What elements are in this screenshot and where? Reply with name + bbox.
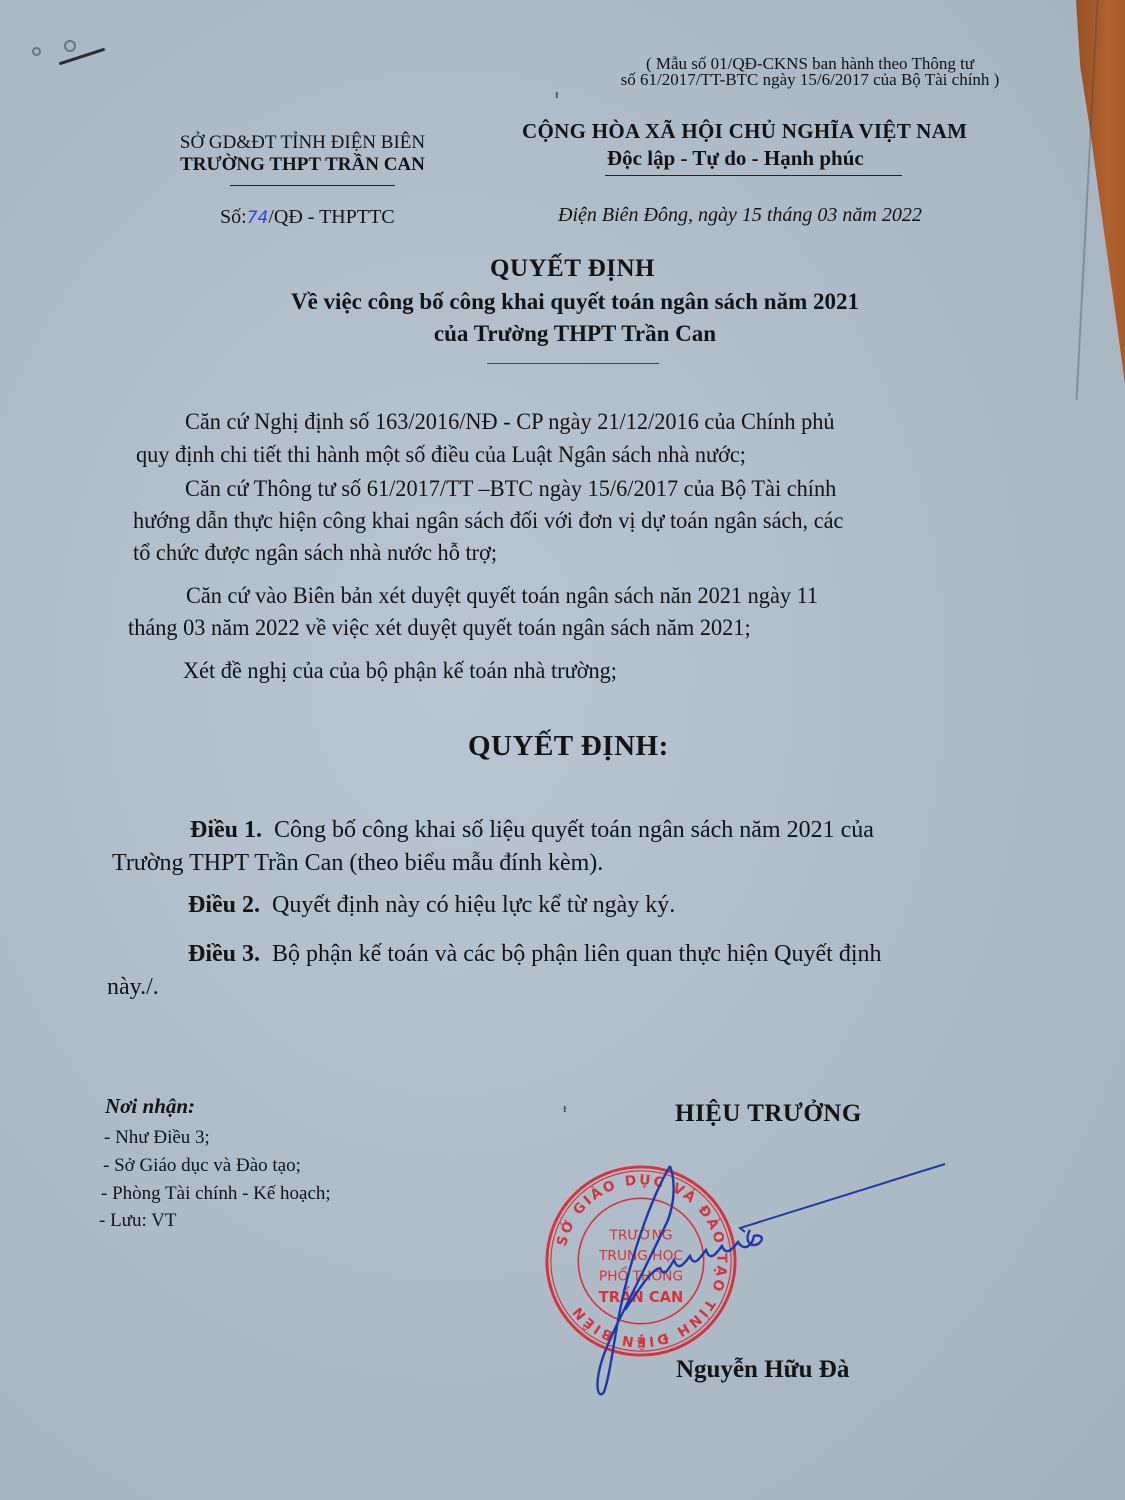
number-prefix: Số: xyxy=(220,206,247,228)
issuer-department: SỞ GD&ĐT TỈNH ĐIỆN BIÊN xyxy=(155,131,450,155)
article-3-label: Điều 3. xyxy=(188,941,260,967)
pen-tick-mark: ᵻ xyxy=(555,86,559,102)
preamble-3-line1: Căn cứ vào Biên bản xét duyệt quyết toán… xyxy=(186,580,818,612)
preamble-2-line3: tổ chức được ngân sách nhà nước hỗ trợ; xyxy=(133,537,497,569)
recipient-item: - Lưu: VT xyxy=(99,1207,177,1234)
recipient-item: - Phòng Tài chính - Kế hoạch; xyxy=(101,1180,331,1207)
article-3-text: Bộ phận kế toán và các bộ phận liên quan… xyxy=(272,941,882,967)
article-3-line2: này./. xyxy=(107,970,159,1004)
signer-name: Nguyễn Hữu Đà xyxy=(676,1356,849,1384)
number-handwritten: 74 xyxy=(247,208,269,228)
preamble-4-line1: Xét đề nghị của của bộ phận kế toán nhà … xyxy=(183,655,617,687)
signature-title: HIỆU TRƯỞNG xyxy=(675,1100,862,1128)
preamble-3-line2: tháng 03 năm 2022 về việc xét duyệt quyế… xyxy=(128,612,751,644)
title-underline xyxy=(487,363,659,364)
preamble-2-line2: hướng dẫn thực hiện công khai ngân sách … xyxy=(133,505,843,537)
article-1-line2: Trường THPT Trần Can (theo biểu mẫu đính… xyxy=(112,846,603,880)
recipient-item: - Như Điều 3; xyxy=(104,1124,210,1151)
recipient-item: - Sở Giáo dục và Đào tạo; xyxy=(103,1152,301,1179)
article-1-line1: Điều 1. Công bố công khai số liệu quyết … xyxy=(190,813,874,847)
nation-motto: Độc lập - Tự do - Hạnh phúc xyxy=(607,146,864,171)
document-subtitle-1: Về việc công bố công khai quyết toán ngâ… xyxy=(0,286,1125,318)
preamble-1-line2: quy định chi tiết thi hành một số điều c… xyxy=(136,439,746,471)
nation-name: CỘNG HÒA XÃ HỘI CHỦ NGHĨA VIỆT NAM xyxy=(522,118,967,145)
article-3-line1: Điều 3. Bộ phận kế toán và các bộ phận l… xyxy=(188,937,882,971)
article-2-text: Quyết định này có hiệu lực kể từ ngày ký… xyxy=(272,892,675,918)
document-subtitle-2: của Trường THPT Trần Can xyxy=(0,318,1125,350)
document-title: QUYẾT ĐỊNH xyxy=(0,255,1125,283)
issuer-underline xyxy=(230,185,395,186)
document-number: Số:74/QĐ - THPTTC xyxy=(220,206,395,229)
article-2: Điều 2. Quyết định này có hiệu lực kể từ… xyxy=(188,888,675,922)
place-date: Điện Biên Đông, ngày 15 tháng 03 năm 202… xyxy=(558,204,922,227)
issuer-school: TRƯỜNG THPT TRẦN CAN xyxy=(155,153,450,177)
form-note-line2: số 61/2017/TT-BTC ngày 15/6/2017 của Bộ … xyxy=(580,68,1040,92)
pen-tick-mark: ᵻ xyxy=(563,1100,567,1116)
motto-underline xyxy=(605,175,902,176)
preamble-2-line1: Căn cứ Thông tư số 61/2017/TT –BTC ngày … xyxy=(185,473,836,505)
preamble-1-line1: Căn cứ Nghị định số 163/2016/NĐ - CP ngà… xyxy=(185,406,835,438)
article-1-label: Điều 1. xyxy=(190,817,262,843)
decision-heading: QUYẾT ĐỊNH: xyxy=(468,730,669,763)
number-suffix: /QĐ - THPTTC xyxy=(268,206,394,228)
staple-hole xyxy=(32,47,41,56)
article-2-label: Điều 2. xyxy=(188,892,260,918)
staple-hole xyxy=(64,40,76,52)
article-1-text: Công bố công khai số liệu quyết toán ngâ… xyxy=(274,817,874,843)
recipients-title: Nơi nhận: xyxy=(105,1094,195,1119)
